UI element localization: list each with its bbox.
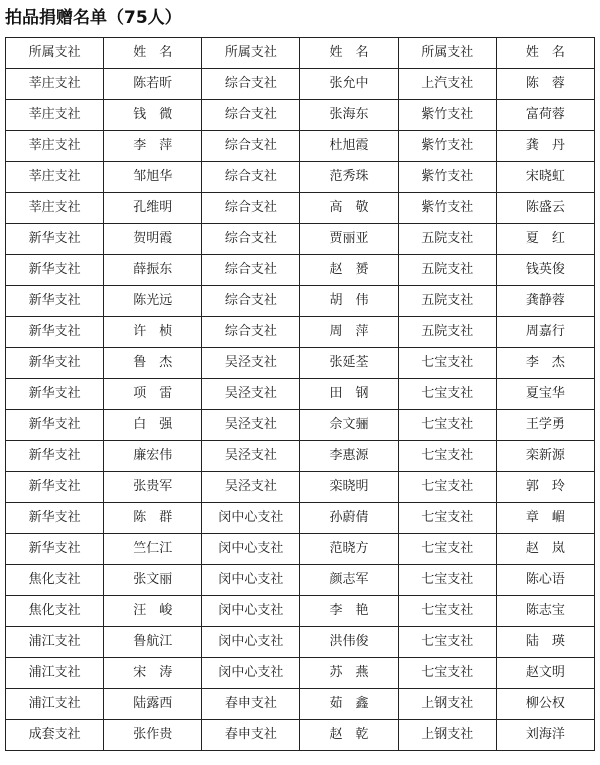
cell-name: 李 萍 <box>104 131 202 162</box>
cell-name: 陆 瑛 <box>496 627 594 658</box>
cell-name: 贺明霞 <box>104 224 202 255</box>
cell-name: 李 杰 <box>496 348 594 379</box>
cell-name: 陈 蓉 <box>496 69 594 100</box>
cell-name: 廉宏伟 <box>104 441 202 472</box>
cell-branch: 七宝支社 <box>398 379 496 410</box>
cell-branch: 吴泾支社 <box>202 472 300 503</box>
cell-name: 汪 峻 <box>104 596 202 627</box>
cell-name: 龚 丹 <box>496 131 594 162</box>
cell-name: 富荷蓉 <box>496 100 594 131</box>
table-row: 莘庄支社陈若昕综合支社张允中上汽支社陈 蓉 <box>6 69 595 100</box>
cell-branch: 浦江支社 <box>6 627 104 658</box>
cell-name: 周嘉行 <box>496 317 594 348</box>
cell-branch: 综合支社 <box>202 193 300 224</box>
cell-branch: 新华支社 <box>6 534 104 565</box>
header-name-2: 姓 名 <box>300 38 398 69</box>
cell-name: 许 桢 <box>104 317 202 348</box>
header-branch-2: 所属支社 <box>202 38 300 69</box>
cell-branch: 综合支社 <box>202 69 300 100</box>
cell-name: 钱 微 <box>104 100 202 131</box>
cell-branch: 紫竹支社 <box>398 162 496 193</box>
cell-name: 贾丽亚 <box>300 224 398 255</box>
cell-name: 宋晓虹 <box>496 162 594 193</box>
table-row: 新华支社张贵军吴泾支社栾晓明七宝支社郭 玲 <box>6 472 595 503</box>
cell-name: 柳公权 <box>496 689 594 720</box>
cell-name: 薛振东 <box>104 255 202 286</box>
cell-branch: 莘庄支社 <box>6 131 104 162</box>
donor-table: 所属支社 姓 名 所属支社 姓 名 所属支社 姓 名 莘庄支社陈若昕综合支社张允… <box>5 37 595 751</box>
cell-name: 张允中 <box>300 69 398 100</box>
cell-branch: 莘庄支社 <box>6 100 104 131</box>
cell-branch: 新华支社 <box>6 379 104 410</box>
cell-branch: 七宝支社 <box>398 565 496 596</box>
cell-branch: 春申支社 <box>202 720 300 751</box>
cell-branch: 浦江支社 <box>6 689 104 720</box>
cell-name: 孙蔚倩 <box>300 503 398 534</box>
table-row: 新华支社竺仁江闵中心支社范晓方七宝支社赵 岚 <box>6 534 595 565</box>
cell-name: 茹 鑫 <box>300 689 398 720</box>
cell-branch: 综合支社 <box>202 317 300 348</box>
cell-branch: 莘庄支社 <box>6 69 104 100</box>
cell-branch: 七宝支社 <box>398 503 496 534</box>
table-row: 焦化支社张文丽闵中心支社颜志军七宝支社陈心语 <box>6 565 595 596</box>
table-row: 新华支社项 雷吴泾支社田 钢七宝支社夏宝华 <box>6 379 595 410</box>
cell-branch: 上钢支社 <box>398 689 496 720</box>
cell-name: 周 萍 <box>300 317 398 348</box>
cell-name: 王学勇 <box>496 410 594 441</box>
cell-name: 赵 乾 <box>300 720 398 751</box>
cell-branch: 焦化支社 <box>6 596 104 627</box>
cell-name: 范秀珠 <box>300 162 398 193</box>
cell-name: 白 强 <box>104 410 202 441</box>
cell-name: 胡 伟 <box>300 286 398 317</box>
cell-branch: 五院支社 <box>398 224 496 255</box>
cell-branch: 新华支社 <box>6 348 104 379</box>
cell-name: 洪伟俊 <box>300 627 398 658</box>
cell-name: 李惠源 <box>300 441 398 472</box>
table-row: 新华支社薛振东综合支社赵 赟五院支社钱英俊 <box>6 255 595 286</box>
cell-name: 栾新源 <box>496 441 594 472</box>
cell-branch: 春申支社 <box>202 689 300 720</box>
cell-branch: 紫竹支社 <box>398 131 496 162</box>
cell-name: 张作贵 <box>104 720 202 751</box>
table-row: 浦江支社陆露西春申支社茹 鑫上钢支社柳公权 <box>6 689 595 720</box>
cell-name: 苏 燕 <box>300 658 398 689</box>
cell-branch: 新华支社 <box>6 286 104 317</box>
table-row: 成套支社张作贵春申支社赵 乾上钢支社刘海洋 <box>6 720 595 751</box>
cell-name: 佘文骊 <box>300 410 398 441</box>
cell-branch: 七宝支社 <box>398 441 496 472</box>
cell-branch: 闵中心支社 <box>202 534 300 565</box>
cell-branch: 闵中心支社 <box>202 596 300 627</box>
cell-name: 张贵军 <box>104 472 202 503</box>
cell-branch: 吴泾支社 <box>202 348 300 379</box>
cell-name: 宋 涛 <box>104 658 202 689</box>
cell-branch: 综合支社 <box>202 100 300 131</box>
cell-branch: 综合支社 <box>202 131 300 162</box>
cell-name: 章 嵋 <box>496 503 594 534</box>
cell-name: 夏 红 <box>496 224 594 255</box>
cell-branch: 新华支社 <box>6 410 104 441</box>
cell-name: 颜志军 <box>300 565 398 596</box>
cell-name: 竺仁江 <box>104 534 202 565</box>
cell-name: 高 敬 <box>300 193 398 224</box>
cell-name: 栾晓明 <box>300 472 398 503</box>
cell-branch: 新华支社 <box>6 317 104 348</box>
cell-branch: 吴泾支社 <box>202 441 300 472</box>
cell-branch: 七宝支社 <box>398 410 496 441</box>
cell-name: 刘海洋 <box>496 720 594 751</box>
cell-name: 陈 群 <box>104 503 202 534</box>
cell-name: 孔维明 <box>104 193 202 224</box>
cell-branch: 闵中心支社 <box>202 503 300 534</box>
cell-name: 李 艳 <box>300 596 398 627</box>
header-branch-1: 所属支社 <box>6 38 104 69</box>
table-row: 莘庄支社钱 微综合支社张海东紫竹支社富荷蓉 <box>6 100 595 131</box>
cell-name: 陆露西 <box>104 689 202 720</box>
table-row: 新华支社白 强吴泾支社佘文骊七宝支社王学勇 <box>6 410 595 441</box>
cell-branch: 五院支社 <box>398 317 496 348</box>
cell-branch: 上钢支社 <box>398 720 496 751</box>
cell-name: 张海东 <box>300 100 398 131</box>
cell-branch: 闵中心支社 <box>202 658 300 689</box>
cell-branch: 莘庄支社 <box>6 193 104 224</box>
cell-name: 赵 岚 <box>496 534 594 565</box>
table-row: 新华支社贺明霞综合支社贾丽亚五院支社夏 红 <box>6 224 595 255</box>
header-name-3: 姓 名 <box>496 38 594 69</box>
cell-name: 钱英俊 <box>496 255 594 286</box>
cell-branch: 七宝支社 <box>398 472 496 503</box>
cell-branch: 成套支社 <box>6 720 104 751</box>
table-row: 新华支社廉宏伟吴泾支社李惠源七宝支社栾新源 <box>6 441 595 472</box>
cell-name: 邹旭华 <box>104 162 202 193</box>
cell-name: 田 钢 <box>300 379 398 410</box>
page-title: 拍品捐赠名单（75人） <box>5 7 182 29</box>
table-row: 新华支社陈 群闵中心支社孙蔚倩七宝支社章 嵋 <box>6 503 595 534</box>
cell-name: 赵文明 <box>496 658 594 689</box>
cell-branch: 新华支社 <box>6 224 104 255</box>
cell-branch: 上汽支社 <box>398 69 496 100</box>
cell-branch: 新华支社 <box>6 255 104 286</box>
cell-branch: 七宝支社 <box>398 627 496 658</box>
cell-branch: 吴泾支社 <box>202 379 300 410</box>
cell-branch: 新华支社 <box>6 472 104 503</box>
cell-branch: 新华支社 <box>6 503 104 534</box>
table-row: 莘庄支社孔维明综合支社高 敬紫竹支社陈盛云 <box>6 193 595 224</box>
cell-branch: 五院支社 <box>398 255 496 286</box>
cell-name: 陈心语 <box>496 565 594 596</box>
cell-name: 杜旭霞 <box>300 131 398 162</box>
cell-name: 张文丽 <box>104 565 202 596</box>
cell-branch: 紫竹支社 <box>398 100 496 131</box>
cell-name: 鲁航江 <box>104 627 202 658</box>
cell-name: 夏宝华 <box>496 379 594 410</box>
cell-branch: 紫竹支社 <box>398 193 496 224</box>
table-row: 浦江支社宋 涛闵中心支社苏 燕七宝支社赵文明 <box>6 658 595 689</box>
cell-branch: 七宝支社 <box>398 596 496 627</box>
cell-branch: 闵中心支社 <box>202 565 300 596</box>
cell-branch: 焦化支社 <box>6 565 104 596</box>
table-row: 莘庄支社李 萍综合支社杜旭霞紫竹支社龚 丹 <box>6 131 595 162</box>
table-row: 新华支社许 桢综合支社周 萍五院支社周嘉行 <box>6 317 595 348</box>
cell-branch: 七宝支社 <box>398 534 496 565</box>
cell-name: 鲁 杰 <box>104 348 202 379</box>
cell-name: 陈盛云 <box>496 193 594 224</box>
table-row: 新华支社陈光远综合支社胡 伟五院支社龚静蓉 <box>6 286 595 317</box>
cell-branch: 七宝支社 <box>398 348 496 379</box>
cell-name: 陈光远 <box>104 286 202 317</box>
cell-name: 赵 赟 <box>300 255 398 286</box>
table-row: 新华支社鲁 杰吴泾支社张延荃七宝支社李 杰 <box>6 348 595 379</box>
table-body: 莘庄支社陈若昕综合支社张允中上汽支社陈 蓉莘庄支社钱 微综合支社张海东紫竹支社富… <box>6 69 595 751</box>
cell-branch: 综合支社 <box>202 286 300 317</box>
cell-name: 范晓方 <box>300 534 398 565</box>
cell-name: 陈若昕 <box>104 69 202 100</box>
cell-name: 陈志宝 <box>496 596 594 627</box>
cell-branch: 吴泾支社 <box>202 410 300 441</box>
header-row: 所属支社 姓 名 所属支社 姓 名 所属支社 姓 名 <box>6 38 595 69</box>
table-row: 浦江支社鲁航江闵中心支社洪伟俊七宝支社陆 瑛 <box>6 627 595 658</box>
cell-branch: 综合支社 <box>202 162 300 193</box>
cell-name: 项 雷 <box>104 379 202 410</box>
cell-branch: 综合支社 <box>202 224 300 255</box>
cell-branch: 新华支社 <box>6 441 104 472</box>
cell-name: 龚静蓉 <box>496 286 594 317</box>
header-branch-3: 所属支社 <box>398 38 496 69</box>
cell-branch: 莘庄支社 <box>6 162 104 193</box>
header-name-1: 姓 名 <box>104 38 202 69</box>
table-row: 莘庄支社邹旭华综合支社范秀珠紫竹支社宋晓虹 <box>6 162 595 193</box>
cell-branch: 七宝支社 <box>398 658 496 689</box>
cell-branch: 浦江支社 <box>6 658 104 689</box>
cell-branch: 五院支社 <box>398 286 496 317</box>
cell-branch: 综合支社 <box>202 255 300 286</box>
table-row: 焦化支社汪 峻闵中心支社李 艳七宝支社陈志宝 <box>6 596 595 627</box>
cell-branch: 闵中心支社 <box>202 627 300 658</box>
cell-name: 张延荃 <box>300 348 398 379</box>
cell-name: 郭 玲 <box>496 472 594 503</box>
